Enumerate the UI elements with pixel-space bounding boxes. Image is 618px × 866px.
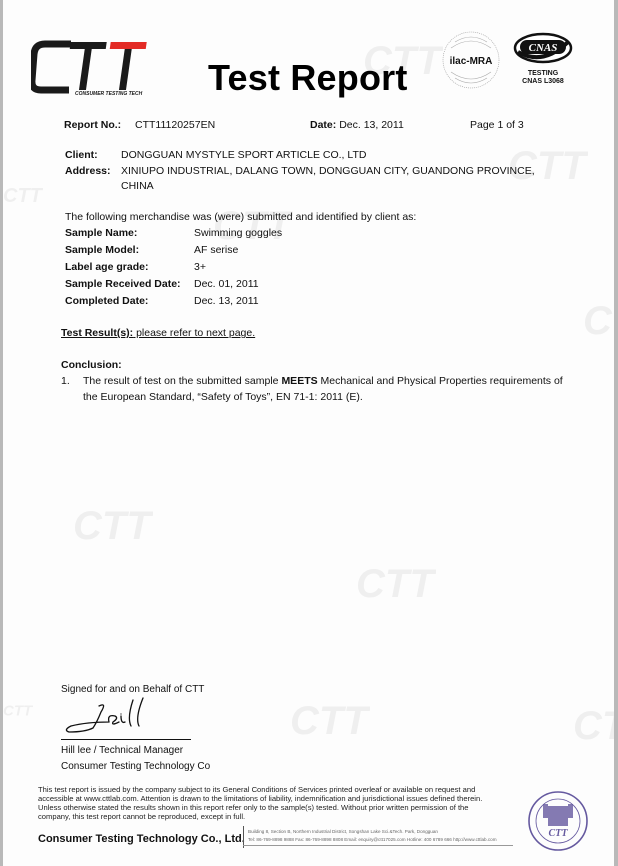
watermark-logo-icon: CTT xyxy=(3,690,33,730)
ilac-mra-logo: ilac-MRA xyxy=(441,28,501,92)
page-number: Page 1 of 3 xyxy=(470,119,524,131)
conclusion-item-line2: the European Standard, “Safety of Toys”,… xyxy=(83,391,363,403)
cnas-logo: CNAS TESTING CNAS L3068 xyxy=(510,28,576,90)
svg-text:CTT: CTT xyxy=(549,828,569,839)
watermark-logo-icon: CTT xyxy=(573,705,614,745)
disclaimer: This test report is issued by the compan… xyxy=(38,785,578,821)
date-value: Dec. 13, 2011 xyxy=(339,119,404,131)
svg-text:CONSUMER TESTING TECH: CONSUMER TESTING TECH xyxy=(75,91,143,96)
svg-text:CTT: CTT xyxy=(573,705,614,745)
conclusion-text: Mechanical and Physical Properties requi… xyxy=(318,375,563,387)
signature-icon xyxy=(63,696,163,736)
footer-rule xyxy=(243,845,513,846)
sample-name-label: Sample Name: xyxy=(65,227,137,239)
svg-text:CTT: CTT xyxy=(3,702,33,719)
company-seal-icon: CTT xyxy=(527,790,589,852)
disclaimer-line: Unless otherwise stated the results show… xyxy=(38,803,578,812)
conclusion-item-number: 1. xyxy=(61,375,70,387)
completed-date-value: Dec. 13, 2011 xyxy=(194,295,259,307)
conclusion-item-line1: The result of test on the submitted samp… xyxy=(83,375,563,387)
footer-address-line: Building 8, Section B, Northern Industri… xyxy=(248,828,497,836)
footer-address: Building 8, Section B, Northern Industri… xyxy=(248,828,497,844)
address-label: Address: xyxy=(65,165,111,177)
client-label: Client: xyxy=(65,149,98,161)
sample-model-label: Sample Model: xyxy=(65,244,139,256)
ctt-logo: CONSUMER TESTING TECH xyxy=(31,40,147,96)
signed-for: Signed for and on Behalf of CTT xyxy=(61,684,204,695)
svg-text:CNAS L3068: CNAS L3068 xyxy=(522,78,564,85)
report-page: CTT CTT CTT CTT CTT CTT CTT CTT CTT CTT … xyxy=(3,0,614,866)
conclusion-text: The result of test on the submitted samp… xyxy=(83,375,281,387)
footer-company-name: Consumer Testing Technology Co., Ltd. xyxy=(38,833,245,845)
report-no-label: Report No.: xyxy=(64,119,121,131)
footer-contact-line: Tel: 86-769-8898 9888 Fax: 86-769-8898 8… xyxy=(248,836,497,844)
disclaimer-line: This test report is issued by the compan… xyxy=(38,785,578,794)
report-no-value: CTT11120257EN xyxy=(135,119,215,131)
conclusion-verdict: MEETS xyxy=(281,375,317,387)
received-date-label: Sample Received Date: xyxy=(65,278,181,290)
test-result-text: please refer to next page. xyxy=(133,327,255,339)
sample-model-value: AF serise xyxy=(194,244,238,256)
page-title: Test Report xyxy=(208,57,408,99)
disclaimer-line: company, this test report cannot be repr… xyxy=(38,812,578,821)
watermark-logo-icon: CTT xyxy=(356,563,436,603)
date-label: Date: xyxy=(310,119,336,131)
received-date-value: Dec. 01, 2011 xyxy=(194,278,259,290)
watermark-logo-icon: CTT xyxy=(3,175,43,215)
signatory: Hill lee / Technical Manager xyxy=(61,745,183,756)
svg-text:CTT: CTT xyxy=(583,300,614,340)
address-line2: CHINA xyxy=(121,180,154,192)
sample-name-value: Swimming goggles xyxy=(194,227,282,239)
watermark-logo-icon: CTT xyxy=(290,700,370,740)
svg-text:TESTING: TESTING xyxy=(528,70,559,77)
completed-date-label: Completed Date: xyxy=(65,295,148,307)
test-result-label: Test Result(s): xyxy=(61,327,133,339)
svg-text:CNAS: CNAS xyxy=(529,42,558,54)
svg-text:ilac-MRA: ilac-MRA xyxy=(450,56,493,67)
age-grade-label: Label age grade: xyxy=(65,261,148,273)
signatory-company: Consumer Testing Technology Co xyxy=(61,761,210,772)
age-grade-value: 3+ xyxy=(194,261,206,273)
watermark-logo-icon: CTT xyxy=(73,505,153,545)
client-name: DONGGUAN MYSTYLE SPORT ARTICLE CO., LTD xyxy=(121,149,366,161)
signature-line xyxy=(61,739,191,740)
svg-text:CTT: CTT xyxy=(356,563,436,603)
test-result: Test Result(s): please refer to next pag… xyxy=(61,327,255,339)
report-date: Date: Dec. 13, 2011 xyxy=(310,119,404,131)
svg-text:CTT: CTT xyxy=(3,185,43,207)
disclaimer-line: accessible at www.cttlab.com. Attention … xyxy=(38,794,578,803)
svg-text:CTT: CTT xyxy=(73,505,153,545)
address-line1: XINIUPO INDUSTRIAL, DALANG TOWN, DONGGUA… xyxy=(121,165,535,177)
svg-text:CTT: CTT xyxy=(290,700,370,740)
watermark-logo-icon: CTT xyxy=(583,300,614,340)
sample-intro: The following merchandise was (were) sub… xyxy=(65,211,416,223)
conclusion-heading: Conclusion: xyxy=(61,359,122,371)
